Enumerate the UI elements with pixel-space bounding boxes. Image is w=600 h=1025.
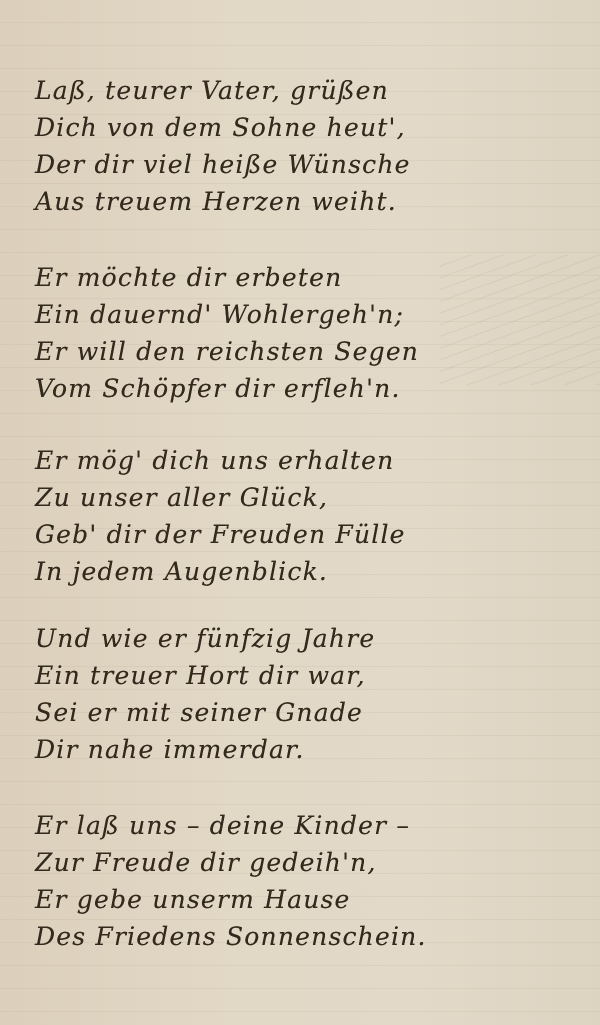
stanza-3: Er mög' dich uns erhalten Zu unser aller… (35, 442, 406, 590)
poem-line: Er will den reichsten Segen (35, 333, 419, 370)
poem-line: Er gebe unserm Hause (35, 881, 427, 918)
poem-line: Der dir viel heiße Wünsche (35, 146, 411, 183)
poem-line: Er laß uns – deine Kinder – (35, 807, 427, 844)
stanza-4: Und wie er fünfzig Jahre Ein treuer Hort… (35, 620, 375, 768)
poem-line: Dir nahe immerdar. (35, 731, 375, 768)
poem-line: Ein treuer Hort dir war, (35, 657, 375, 694)
poem-line: Zur Freude dir gedeih'n, (35, 844, 427, 881)
poem-line: Des Friedens Sonnenschein. (35, 918, 427, 955)
poem-line: Er mög' dich uns erhalten (35, 442, 406, 479)
poem-line: Ein dauernd' Wohlergeh'n; (35, 296, 419, 333)
poem-line: Zu unser aller Glück, (35, 479, 406, 516)
poem-line: Er möchte dir erbeten (35, 259, 419, 296)
stanza-5: Er laß uns – deine Kinder – Zur Freude d… (35, 807, 427, 955)
stanza-2: Er möchte dir erbeten Ein dauernd' Wohle… (35, 259, 419, 407)
poem-line: Aus treuem Herzen weiht. (35, 183, 411, 220)
poem-line: Geb' dir der Freuden Fülle (35, 516, 406, 553)
poem-line: Laß, teurer Vater, grüßen (35, 72, 411, 109)
poem-line: Dich von dem Sohne heut', (35, 109, 411, 146)
poem-line: In jedem Augenblick. (35, 553, 406, 590)
stanza-1: Laß, teurer Vater, grüßen Dich von dem S… (35, 72, 411, 220)
ink-show-through (440, 255, 600, 385)
poem-line: Und wie er fünfzig Jahre (35, 620, 375, 657)
manuscript-page: Laß, teurer Vater, grüßen Dich von dem S… (0, 0, 600, 1025)
poem-line: Vom Schöpfer dir erfleh'n. (35, 370, 419, 407)
poem-line: Sei er mit seiner Gnade (35, 694, 375, 731)
